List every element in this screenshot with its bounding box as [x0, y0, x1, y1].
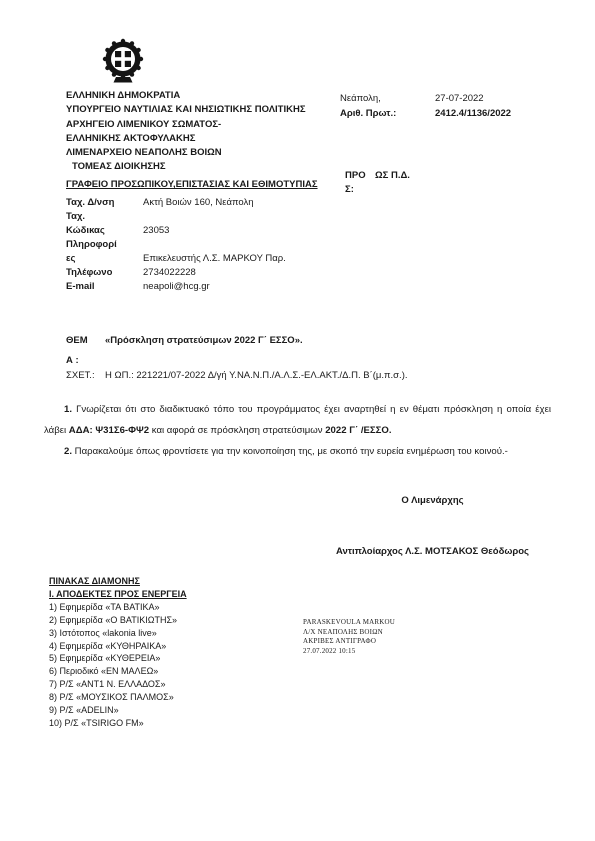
greek-coat-of-arms-emblem	[101, 36, 145, 86]
date-protocol-block: Νεάπολη, 27-07-2022 Αριθ. Πρωτ.: 2412.4/…	[340, 91, 511, 121]
org-line: ΕΛΛΗΝΙΚΗ ΔΗΜΟΚΡΑΤΙΑ	[66, 89, 306, 103]
org-line: ΕΛΛΗΝΙΚΗΣ ΑΚΤΟΦΥΛΑΚΗΣ	[66, 132, 306, 146]
org-line: ΑΡΧΗΓΕΙΟ ΛΙΜΕΝΙΚΟΥ ΣΩΜΑΤΟΣ-	[66, 118, 306, 132]
contact-value: Επικελευστής Λ.Σ. ΜΑΡΚΟΥ Παρ.	[120, 238, 286, 266]
contact-label: E-mail	[66, 280, 120, 294]
distribution-item: 3) Ιστότοπος «lakonia live»	[49, 627, 187, 640]
distribution-item: 8) Ρ/Σ «ΜΟΥΣΙΚΟΣ ΠΑΛΜΟΣ»	[49, 691, 187, 704]
contact-row: E-mail neapoli@hcg.gr	[66, 280, 286, 294]
stamp-line: PARASKEVOULA MARKOU	[303, 618, 395, 628]
reference-row: ΣΧΕΤ.: Η ΩΠ.: 221221/07-2022 Δ/γή Υ.ΝΑ.Ν…	[66, 369, 408, 383]
org-line: ΛΙΜΕΝΑΡΧΕΙΟ ΝΕΑΠΟΛΗΣ ΒΟΙΩΝ	[66, 146, 306, 160]
distribution-item: 2) Εφημερίδα «Ο ΒΑΤΙΚΙΩΤΗΣ»	[49, 614, 187, 627]
distribution-section-heading: Ι. ΑΠΟΔΕΚΤΕΣ ΠΡΟΣ ΕΝΕΡΓΕΙΑ	[49, 588, 187, 601]
distribution-item: 6) Περιοδικό «ΕΝ ΜΑΛΕΩ»	[49, 665, 187, 678]
protocol-label: Αριθ. Πρωτ.:	[340, 106, 435, 121]
distribution-list: ΠΙΝΑΚΑΣ ΔΙΑΜΟΝΗΣ Ι. ΑΠΟΔΕΚΤΕΣ ΠΡΟΣ ΕΝΕΡΓ…	[49, 575, 187, 730]
distribution-title: ΠΙΝΑΚΑΣ ΔΙΑΜΟΝΗΣ	[49, 575, 187, 588]
document-date: 27-07-2022	[435, 91, 484, 106]
distribution-item: 7) Ρ/Σ «ΑΝΤ1 Ν. ΕΛΛΑΔΟΣ»	[49, 678, 187, 691]
signatory-name: Αντιπλοίαρχος Λ.Σ. ΜΟΤΣΑΚΟΣ Θεόδωρος	[315, 546, 550, 557]
contact-value: 23053	[120, 210, 286, 238]
subject-value: «Πρόσκληση στρατεύσιμων 2022 Γ΄ ΕΣΣΟ».	[94, 331, 303, 371]
org-line: ΤΟΜΕΑΣ ΔΙΟΙΚΗΣΗΣ	[66, 160, 306, 174]
stamp-line: 27.07.2022 10:15	[303, 647, 395, 657]
distribution-item: 4) Εφημερίδα «ΚΥΘΗΡΑΙΚΑ»	[49, 640, 187, 653]
recipient-block: ΠΡΟΣ: ΩΣ Π.Δ.	[345, 169, 410, 196]
protocol-number: 2412.4/1136/2022	[435, 106, 511, 121]
subject-label: ΘΕΜΑ :	[66, 331, 94, 371]
place-label: Νεάπολη,	[340, 91, 435, 106]
contact-value: Ακτή Βοιών 160, Νεάπολη	[120, 196, 286, 210]
body-paragraph-2: 2. Παρακαλούμε όπως φροντίσετε για την κ…	[44, 441, 551, 462]
contact-row: Πληροφορίες Επικελευστής Λ.Σ. ΜΑΡΚΟΥ Παρ…	[66, 238, 286, 266]
contact-label: Τηλέφωνο	[66, 266, 120, 280]
distribution-item: 9) Ρ/Σ «ADELIN»	[49, 704, 187, 717]
subject-row: ΘΕΜΑ : «Πρόσκληση στρατεύσιμων 2022 Γ΄ Ε…	[66, 331, 303, 371]
letter-body: 1. Γνωρίζεται ότι στο διαδικτυακό τόπο τ…	[44, 399, 551, 462]
contact-value: neapoli@hcg.gr	[120, 280, 286, 294]
sender-org-block: ΕΛΛΗΝΙΚΗ ΔΗΜΟΚΡΑΤΙΑ ΥΠΟΥΡΓΕΙΟ ΝΑΥΤΙΛΙΑΣ …	[66, 89, 306, 175]
reference-label: ΣΧΕΤ.:	[66, 369, 94, 383]
recipient-value: ΩΣ Π.Δ.	[367, 169, 410, 183]
contact-row: Ταχ. Δ/νση Ακτή Βοιών 160, Νεάπολη	[66, 196, 286, 210]
digital-signature-stamp: PARASKEVOULA MARKOU Λ/Χ ΝΕΑΠΟΛΗΣ ΒΟΙΩΝ Α…	[303, 618, 395, 656]
contact-info-table: Ταχ. Δ/νση Ακτή Βοιών 160, Νεάπολη Ταχ. …	[66, 196, 286, 294]
contact-label: Ταχ. Δ/νση	[66, 196, 120, 210]
document-page: ΕΛΛΗΝΙΚΗ ΔΗΜΟΚΡΑΤΙΑ ΥΠΟΥΡΓΕΙΟ ΝΑΥΤΙΛΙΑΣ …	[0, 0, 595, 841]
org-line: ΥΠΟΥΡΓΕΙΟ ΝΑΥΤΙΛΙΑΣ ΚΑΙ ΝΗΣΙΩΤΙΚΗΣ ΠΟΛΙΤ…	[66, 103, 306, 117]
place-date-row: Νεάπολη, 27-07-2022	[340, 91, 511, 106]
reference-value: Η ΩΠ.: 221221/07-2022 Δ/γή Υ.ΝΑ.Ν.Π./Α.Λ…	[94, 369, 408, 383]
protocol-row: Αριθ. Πρωτ.: 2412.4/1136/2022	[340, 106, 511, 121]
body-paragraph-1: 1. Γνωρίζεται ότι στο διαδικτυακό τόπο τ…	[44, 399, 551, 441]
contact-row: Ταχ. Κώδικας 23053	[66, 210, 286, 238]
recipient-label: ΠΡΟΣ:	[345, 169, 367, 196]
contact-label: Ταχ. Κώδικας	[66, 210, 120, 238]
distribution-item: 1) Εφημερίδα «ΤΑ ΒΑΤΙΚΑ»	[49, 601, 187, 614]
stamp-line: ΑΚΡΙΒΕΣ ΑΝΤΙΓΡΑΦΟ	[303, 637, 395, 647]
signature-block: Ο Λιμενάρχης Αντιπλοίαρχος Λ.Σ. ΜΟΤΣΑΚΟΣ…	[315, 495, 550, 557]
office-line: ΓΡΑΦΕΙΟ ΠΡΟΣΩΠΙΚΟΥ,ΕΠΙΣΤΑΣΙΑΣ ΚΑΙ ΕΘΙΜΟΤ…	[66, 179, 318, 190]
distribution-item: 5) Εφημερίδα «ΚΥΘΕΡΕΙΑ»	[49, 652, 187, 665]
contact-label: Πληροφορίες	[66, 238, 120, 266]
signatory-title: Ο Λιμενάρχης	[315, 495, 550, 506]
contact-value: 2734022228	[120, 266, 286, 280]
distribution-item: 10) Ρ/Σ «TSIRIGO FM»	[49, 717, 187, 730]
stamp-line: Λ/Χ ΝΕΑΠΟΛΗΣ ΒΟΙΩΝ	[303, 628, 395, 638]
contact-row: Τηλέφωνο 2734022228	[66, 266, 286, 280]
